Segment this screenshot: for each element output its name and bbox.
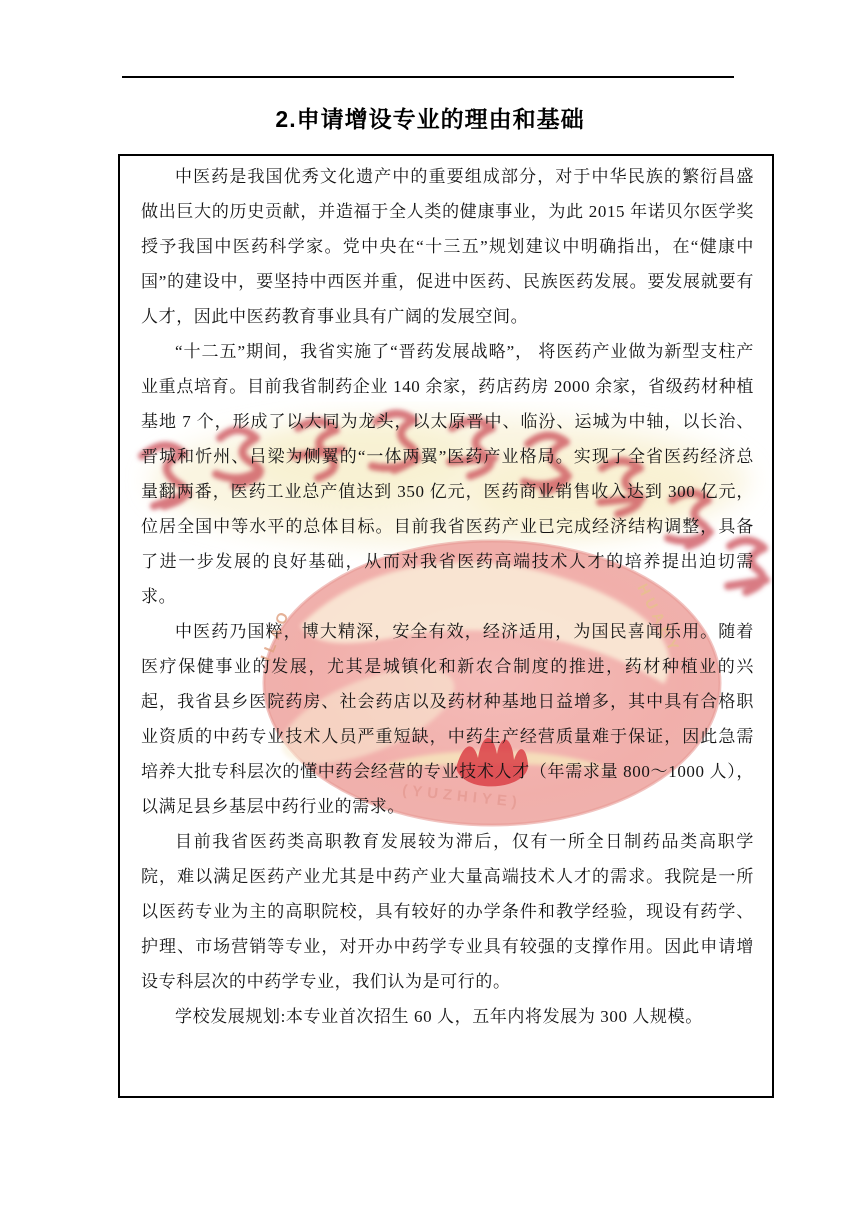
page-title: 2.申请增设专业的理由和基础: [0, 101, 860, 134]
reason-section-box: ILAO (YUZHIYE) HUAEY 中医药是我国优秀文化遗产中的重要组成部…: [118, 154, 774, 1098]
paragraph-talent-demand: 中医药乃国粹，博大精深，安全有效，经济适用，为国民喜闻乐用。随着医疗保健事业的发…: [141, 614, 754, 824]
paragraph-intro-tcm: 中医药是我国优秀文化遗产中的重要组成部分，对于中华民族的繁衍昌盛做出巨大的历史贡…: [141, 159, 754, 334]
reason-text: 中医药是我国优秀文化遗产中的重要组成部分，对于中华民族的繁衍昌盛做出巨大的历史贡…: [120, 156, 772, 1034]
document-page: 2.申请增设专业的理由和基础: [0, 0, 860, 1217]
paragraph-college-basis: 目前我省医药类高职教育发展较为滞后，仅有一所全日制药品类高职学院，难以满足医药产…: [141, 824, 754, 999]
paragraph-province-industry: “十二五”期间，我省实施了“晋药发展战略”， 将医药产业做为新型支柱产业重点培育…: [141, 334, 754, 614]
paragraph-development-plan: 学校发展规划:本专业首次招生 60 人，五年内将发展为 300 人规模。: [141, 999, 754, 1034]
header-rule: [122, 76, 734, 78]
